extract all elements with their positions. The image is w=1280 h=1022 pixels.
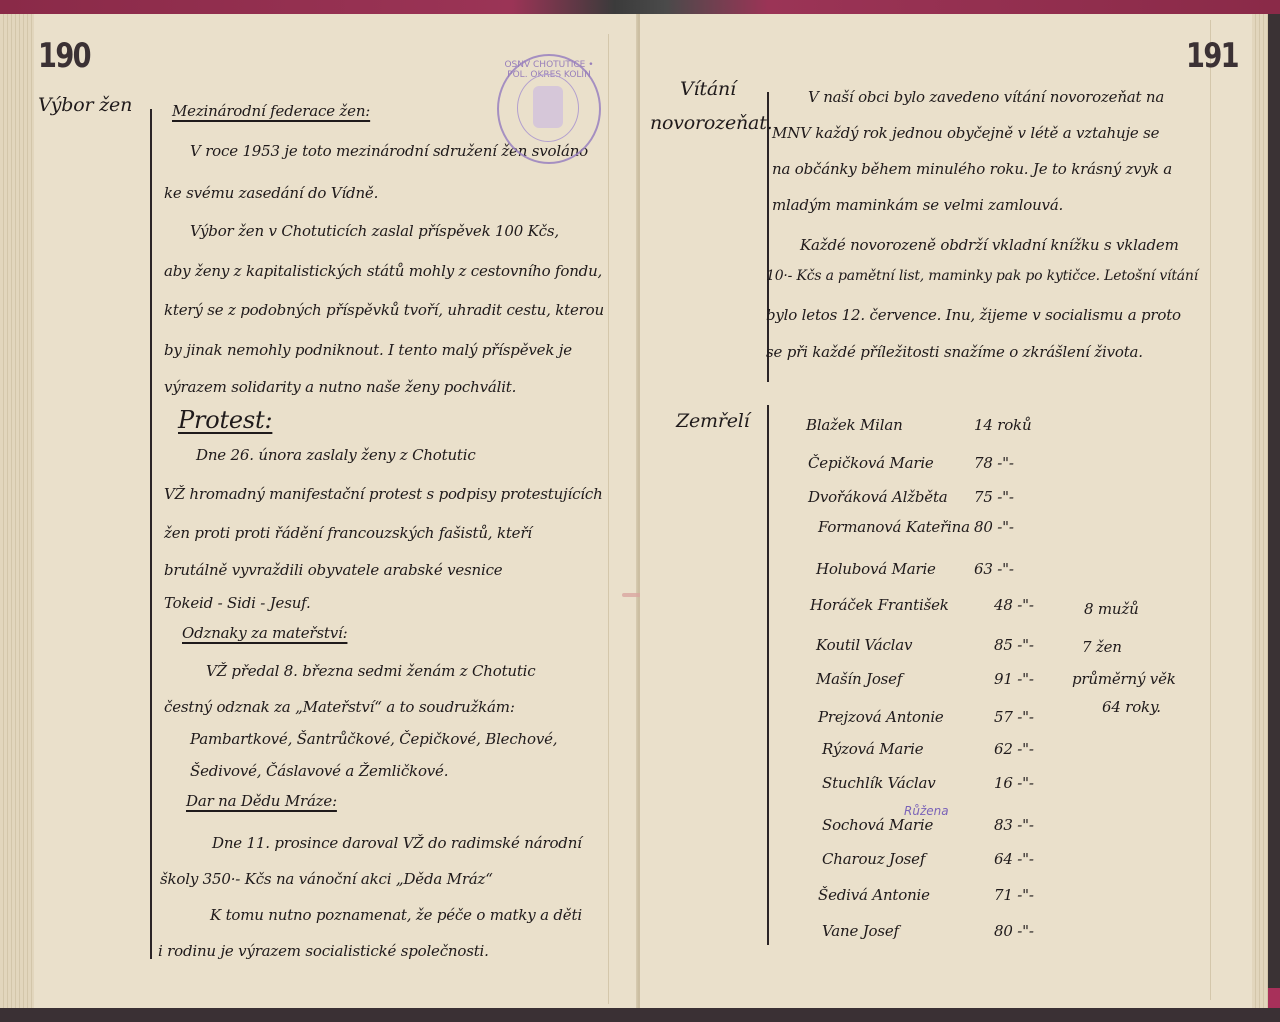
text-line: Dne 11. prosince daroval VŽ do radimské …: [212, 834, 582, 852]
death-entry-age: 78 -"-: [974, 454, 1014, 472]
text-line: MNV každý rok jednou obyčejně v létě a v…: [772, 124, 1159, 142]
death-entry-age: 14 roků: [974, 416, 1031, 434]
text-line: VŽ hromadný manifestační protest s podpi…: [164, 485, 603, 503]
text-line: Pambartkové, Šantrůčkové, Čepičkové, Ble…: [190, 730, 557, 748]
text-line: V naší obci bylo zavedeno vítání novoroz…: [808, 88, 1164, 106]
side-heading-vitani: Vítání: [680, 78, 736, 100]
left-page: 190 Výbor žen Mezinárodní federace žen: …: [0, 14, 638, 1008]
side-heading-novorozenat: novorozeňat.: [650, 112, 772, 134]
death-entry-name: Mašín Josef: [816, 670, 902, 688]
text-line: žen proti proti řádění francouzských faš…: [164, 524, 532, 542]
death-entry-name: Formanová Kateřina: [818, 518, 970, 536]
correction-annotation: Růžena: [904, 804, 949, 818]
death-entry-name: Rýzová Marie: [822, 740, 923, 758]
death-entry-name: Dvořáková Alžběta: [808, 488, 948, 506]
text-line: výrazem solidarity a nutno naše ženy poc…: [164, 378, 516, 396]
page-edges-right: [1252, 14, 1268, 1008]
death-entry-age: 85 -"-: [994, 636, 1034, 654]
death-entry-age: 64 -"-: [994, 850, 1034, 868]
death-entry-age: 91 -"-: [994, 670, 1034, 688]
summary-men: 8 mužů: [1084, 600, 1139, 618]
text-line: K tomu nutno poznamenat, že péče o matky…: [210, 906, 582, 924]
text-line: Dne 26. února zaslaly ženy z Chotutic: [196, 446, 476, 464]
text-line: který se z podobných příspěvků tvoří, uh…: [164, 301, 604, 319]
text-line: Šedivové, Čáslavové a Žemličkové.: [190, 762, 448, 780]
death-entry-name: Blažek Milan: [806, 416, 903, 434]
book-cover-bottom: [0, 1008, 1280, 1022]
summary-average-age-value: 64 roky.: [1102, 698, 1161, 716]
death-entry-age: 57 -"-: [994, 708, 1034, 726]
text-line: Každé novorozeně obdrží vkladní knížku s…: [800, 236, 1179, 254]
text-line: i rodinu je výrazem socialistické společ…: [158, 942, 489, 960]
side-heading-vybor-zen: Výbor žen: [38, 94, 132, 116]
section-heading: Dar na Dědu Mráze:: [186, 792, 337, 810]
death-entry-name: Vane Josef: [822, 922, 899, 940]
cover-corner-right: [1266, 988, 1280, 1008]
text-line: Tokeid - Sidi - Jesuf.: [164, 594, 311, 612]
death-entry-name: Koutil Václav: [816, 636, 912, 654]
death-entry-name: Šedivá Antonie: [818, 886, 930, 904]
text-line: na občánky během minulého roku. Je to kr…: [772, 160, 1172, 178]
death-entry-age: 80 -"-: [974, 518, 1014, 536]
death-entry-age: 71 -"-: [994, 886, 1034, 904]
text-line: aby ženy z kapitalistických států mohly …: [164, 262, 602, 280]
text-line: školy 350·- Kčs na vánoční akci „Děda Mr…: [160, 870, 493, 888]
page-number-left: 190: [38, 36, 90, 76]
book-cover-top: [0, 0, 1280, 14]
text-line: se při každé příležitosti snažíme o zkrá…: [766, 343, 1143, 361]
page-number-right: 191: [1186, 36, 1238, 76]
death-entry-age: 16 -"-: [994, 774, 1034, 792]
summary-average-age-label: průměrný věk: [1072, 670, 1176, 688]
text-line: VŽ předal 8. března sedmi ženám z Chotut…: [206, 662, 535, 680]
side-heading-zemreli: Zemřelí: [676, 410, 750, 432]
death-entry-name: Stuchlík Václav: [822, 774, 936, 792]
death-entry-name: Holubová Marie: [816, 560, 936, 578]
death-entry-age: 80 -"-: [994, 922, 1034, 940]
official-stamp: OSNV CHOTUTICE • POL. OKRES KOLÍN: [497, 54, 601, 164]
page-edges-left: [0, 14, 34, 1008]
death-entry-name: Sochová Marie: [822, 816, 933, 834]
death-entry-name: Prejzová Antonie: [818, 708, 944, 726]
section-heading-protest: Protest:: [178, 406, 272, 434]
section-heading: Mezinárodní federace žen:: [172, 102, 370, 120]
text-line: bylo letos 12. července. Inu, žijeme v s…: [766, 306, 1181, 324]
summary-women: 7 žen: [1082, 638, 1122, 656]
text-line: čestný odznak za „Mateřství“ a to soudru…: [164, 698, 515, 716]
text-line: 10·- Kčs a pamětní list, maminky pak po …: [766, 268, 1198, 284]
text-line: Výbor žen v Chotuticích zaslal příspěvek…: [190, 222, 559, 240]
death-entry-name: Charouz Josef: [822, 850, 925, 868]
text-line: mladým maminkám se velmi zamlouvá.: [772, 196, 1063, 214]
margin-rule-left: [150, 109, 152, 959]
death-entry-age: 83 -"-: [994, 816, 1034, 834]
text-line: brutálně vyvraždili obyvatele arabské ve…: [164, 561, 502, 579]
faint-rule: [1210, 20, 1211, 1000]
faint-rule: [608, 34, 609, 1004]
death-entry-age: 63 -"-: [974, 560, 1014, 578]
stamp-emblem-icon: [533, 86, 563, 128]
section-heading: Odznaky za mateřství:: [182, 624, 347, 642]
death-entry-name: Horáček František: [810, 596, 949, 614]
death-entry-age: 62 -"-: [994, 740, 1034, 758]
death-entry-age: 75 -"-: [974, 488, 1014, 506]
margin-rule-right: [767, 92, 769, 382]
death-entry-age: 48 -"-: [994, 596, 1034, 614]
text-line: ke svému zasedání do Vídně.: [164, 184, 378, 202]
margin-rule-right-lower: [767, 405, 769, 945]
death-entry-name: Čepičková Marie: [808, 454, 934, 472]
text-line: by jinak nemohly podniknout. I tento mal…: [164, 341, 572, 359]
